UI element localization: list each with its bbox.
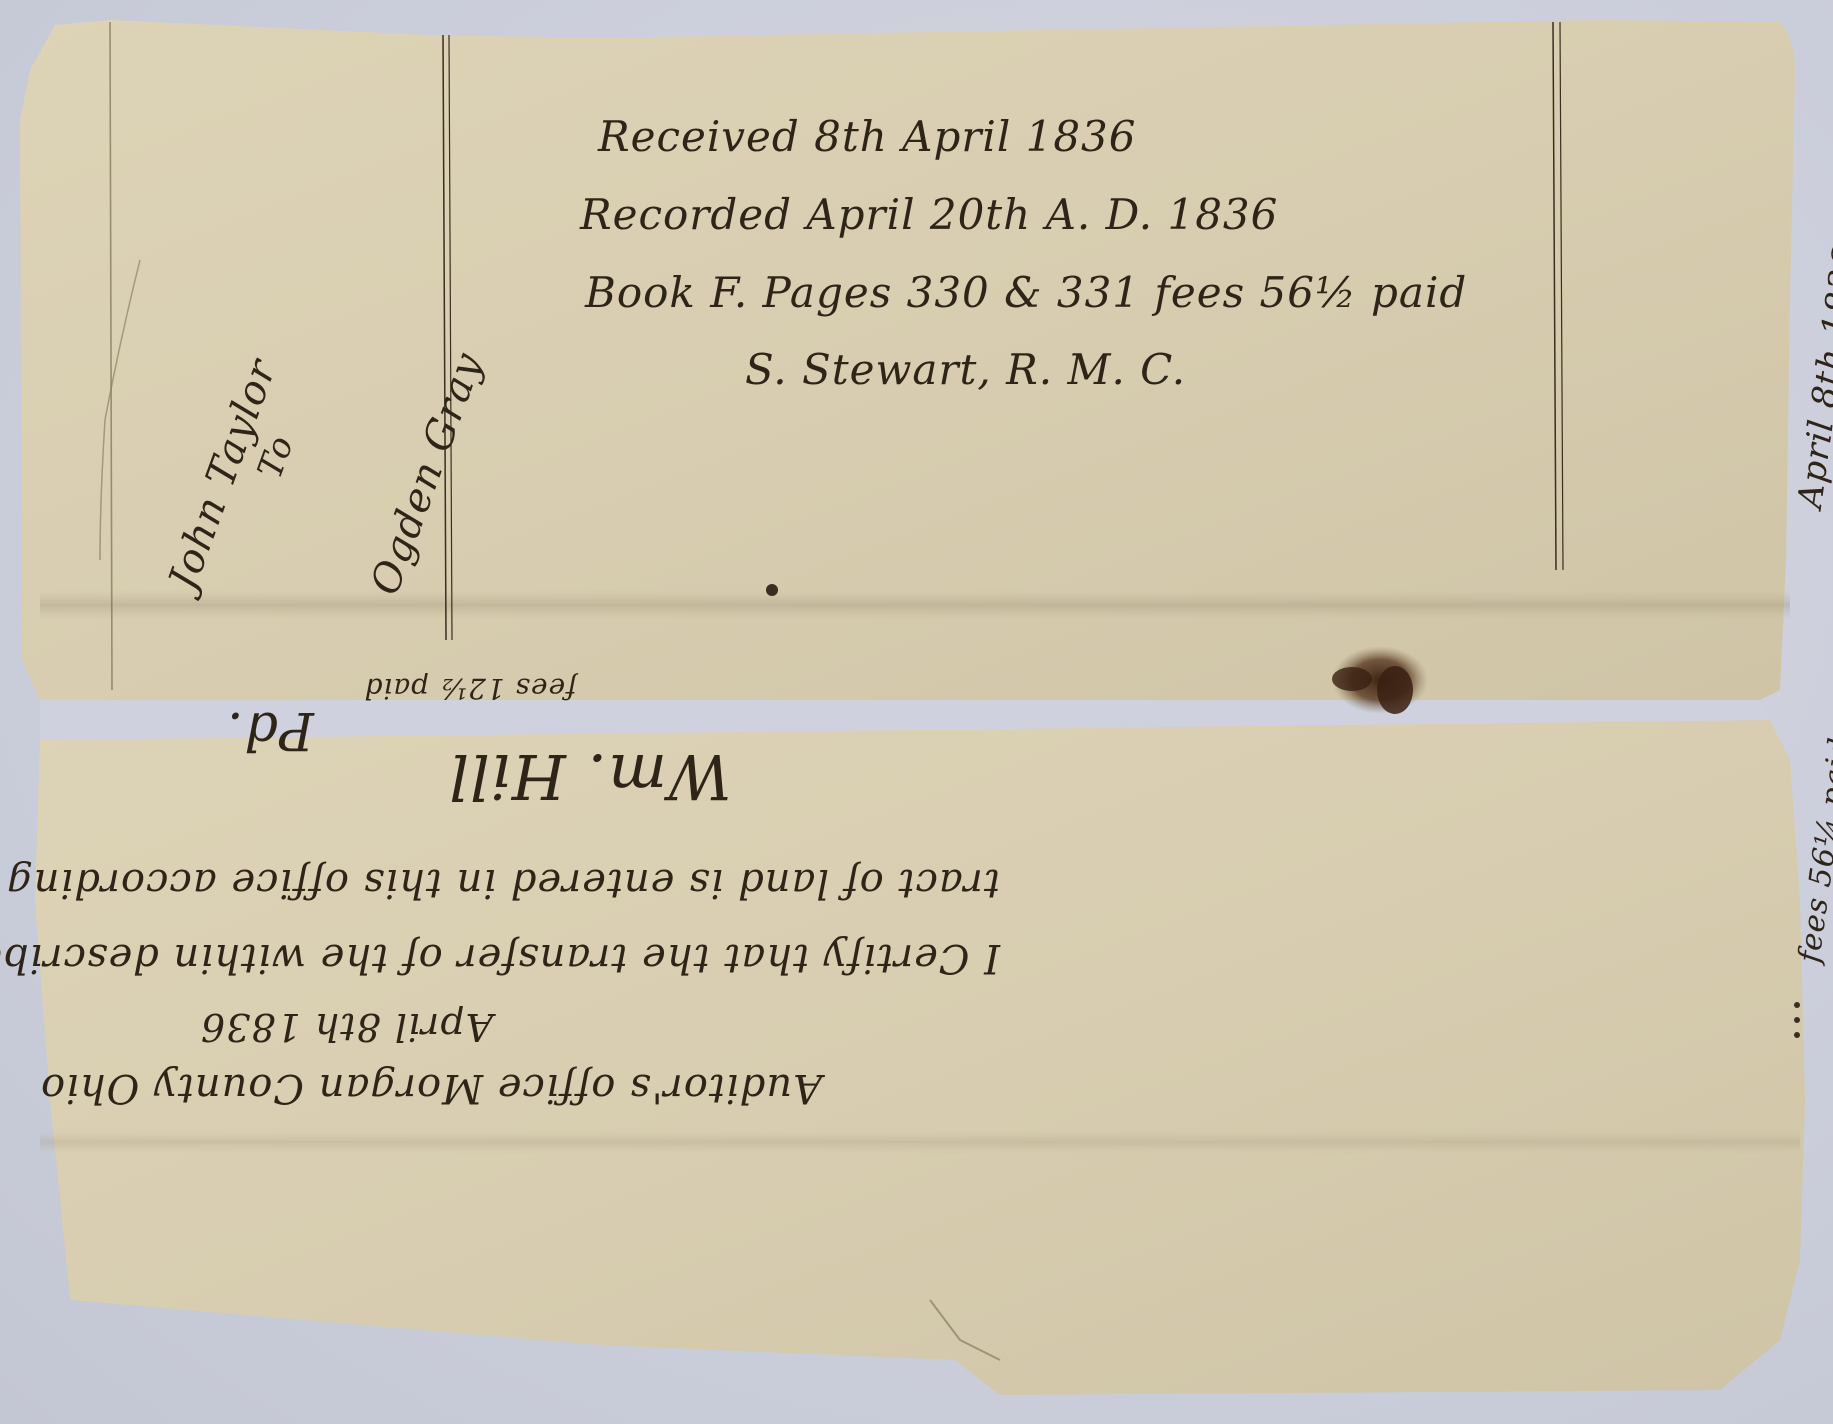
certificate-office-line: Auditor's office Morgan County Ohio <box>40 1065 1000 1111</box>
book-pages-fees-line: Book F. Pages 330 & 331 fees 56½ paid <box>585 268 1467 317</box>
deed-document: Received 8th April 1836 Recorded April 2… <box>0 0 1833 1424</box>
certificate-date: April 8th 1836 <box>200 1005 700 1049</box>
recorder-signature: S. Stewart, R. M. C. <box>745 345 1186 394</box>
auditor-signature: Wm. Hill <box>400 740 780 813</box>
recorded-date-line: Recorded April 20th A. D. 1836 <box>580 190 1278 239</box>
received-date-line: Received 8th April 1836 <box>598 112 1137 161</box>
certificate-line-2: tract of land is entered in this office … <box>40 860 1000 906</box>
certificate-paid-mark: Pd. <box>100 700 440 760</box>
certificate-line-1: I Certify that the transfer of the withi… <box>40 935 1000 981</box>
